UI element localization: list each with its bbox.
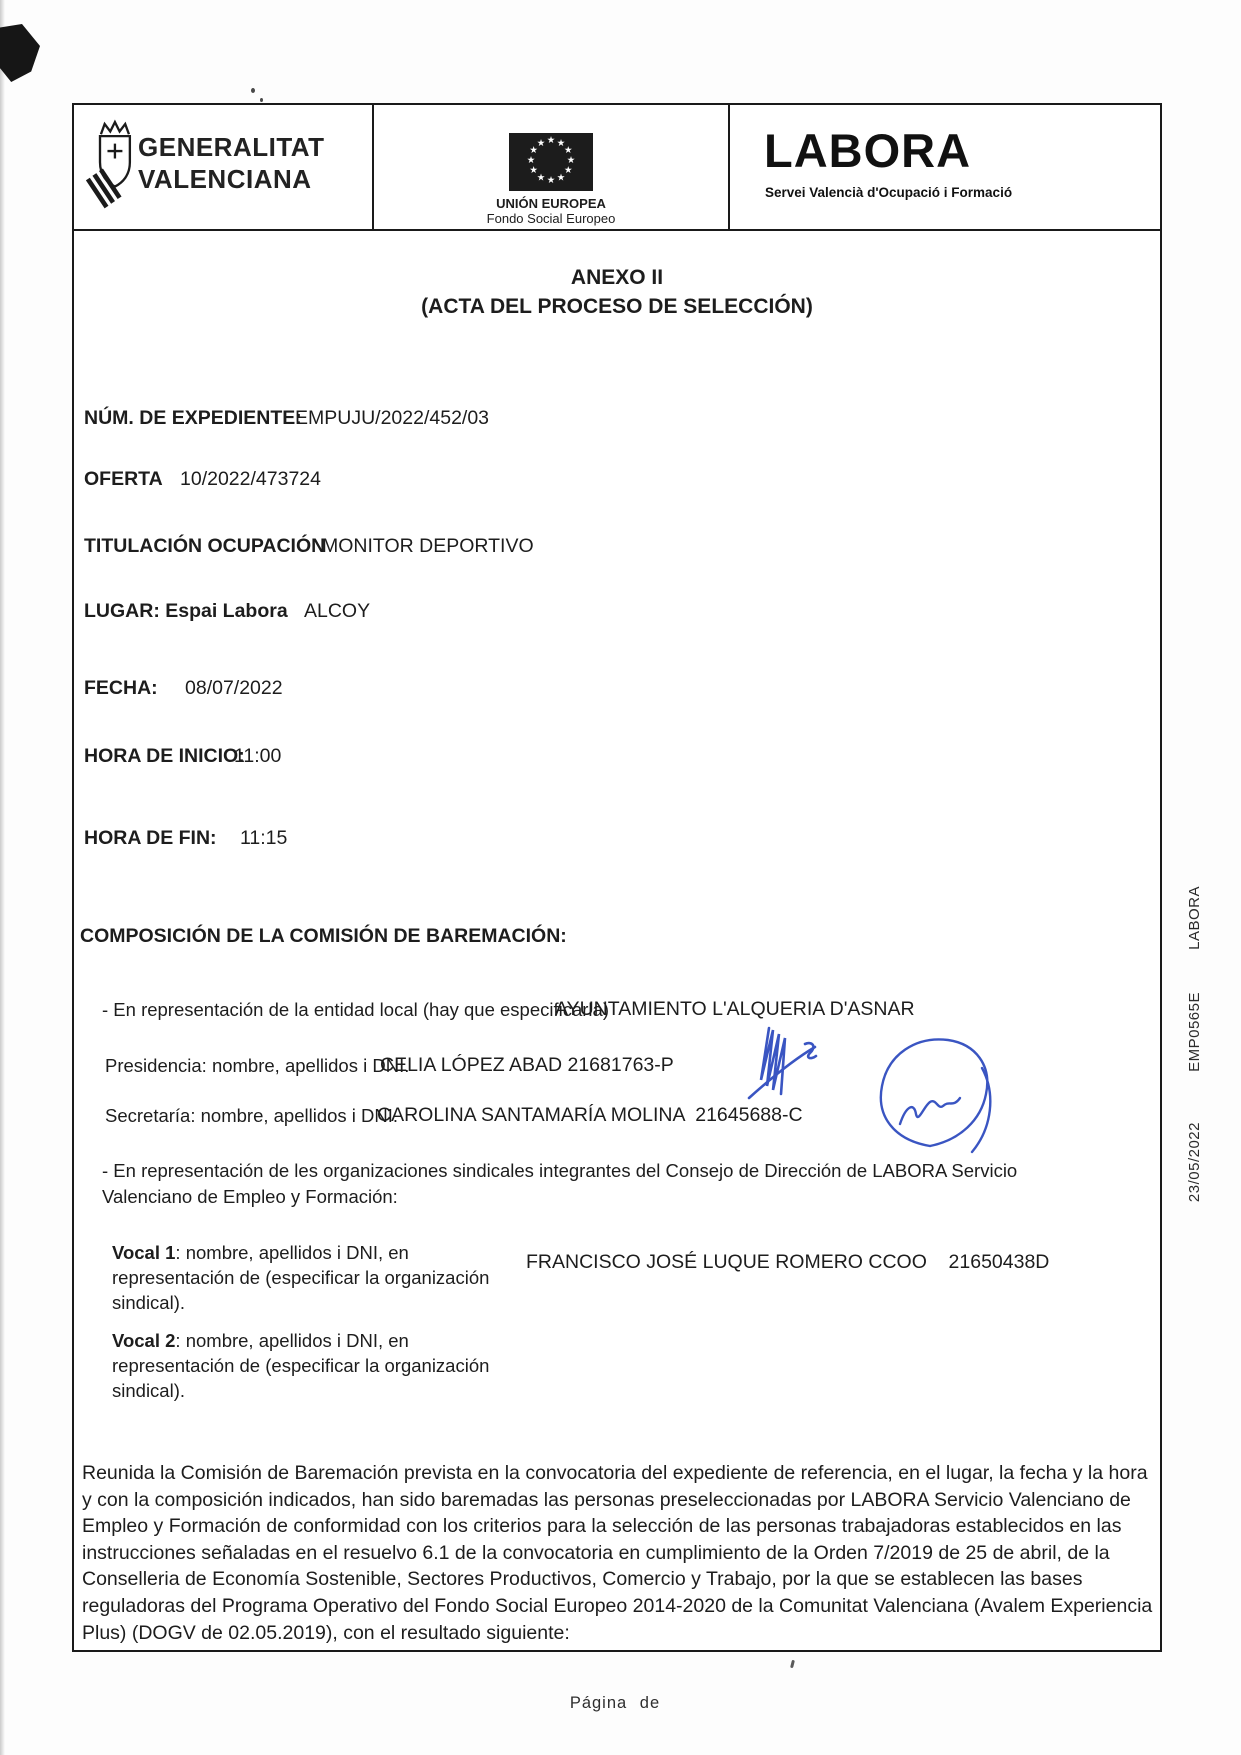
vocal1-row: Vocal 1: nombre, apellidos i DNI, en rep… <box>112 1240 1152 1315</box>
svg-text:★: ★ <box>564 165 573 176</box>
eu-flag-icon: ★★★ ★★★ ★★★ ★★★ <box>509 133 593 191</box>
scanned-document-page: GENERALITAT VALENCIANA ★★★ ★★★ ★★★ ★★★ <box>0 0 1241 1755</box>
labora-tagline: Servei Valencià d'Ocupació i Formació <box>765 185 1012 200</box>
comision-heading: COMPOSICIÓN DE LA COMISIÓN DE BAREMACIÓN… <box>80 925 567 948</box>
eu-label-line1: UNIÓN EUROPEA <box>374 196 728 211</box>
title-line2: (ACTA DEL PROCESO DE SELECCIÓN) <box>74 292 1160 321</box>
field-hora-inicio: HORA DE INICIO: 11:00 <box>84 745 1150 771</box>
presidencia-value: CELIA LÓPEZ ABAD 21681763-P <box>380 1054 674 1077</box>
field-fecha-value: 08/07/2022 <box>185 677 283 700</box>
field-fecha-label: FECHA: <box>84 677 158 700</box>
entidad-local-value: AYUNTAMIENTO L'ALQUERIA D'ASNAR <box>555 998 915 1021</box>
body-paragraph: Reunida la Comisión de Baremación previs… <box>82 1460 1154 1646</box>
header-cell-generalitat: GENERALITAT VALENCIANA <box>74 105 372 229</box>
entidad-local-label: - En representación de la entidad local … <box>102 999 609 1021</box>
svg-text:★: ★ <box>547 135 556 146</box>
gva-line2: VALENCIANA <box>138 163 325 195</box>
field-titulacion: TITULACIÓN OCUPACIÓN MONITOR DEPORTIVO <box>84 535 1150 561</box>
margin-stamp-labora: LABORA <box>1186 886 1203 950</box>
scan-speck <box>260 98 263 102</box>
title-line1: ANEXO II <box>74 263 1160 292</box>
page-footer: Página de <box>72 1694 1158 1713</box>
presidencia-label: Presidencia: nombre, apellidos i DNI. <box>105 1055 409 1077</box>
scan-speck <box>790 1660 795 1668</box>
field-titulacion-value: MONITOR DEPORTIVO <box>322 535 534 558</box>
field-expediente-label: NÚM. DE EXPEDIENTE: <box>84 407 302 430</box>
field-lugar-value: ALCOY <box>304 600 370 623</box>
field-hora-fin-label: HORA DE FIN: <box>84 827 217 850</box>
field-titulacion-label: TITULACIÓN OCUPACIÓN <box>84 535 325 558</box>
field-fecha: FECHA: 08/07/2022 <box>84 677 1150 703</box>
generalitat-valenciana-emblem-icon <box>86 117 142 215</box>
field-lugar-label: LUGAR: Espai Labora <box>84 600 288 623</box>
secretaria-label: Secretaría: nombre, apellidos i DNI. <box>105 1105 398 1127</box>
svg-text:★: ★ <box>547 175 556 186</box>
document-title: ANEXO II (ACTA DEL PROCESO DE SELECCIÓN) <box>74 263 1160 321</box>
svg-text:★: ★ <box>537 173 546 184</box>
scan-edge-shadow <box>0 0 5 1755</box>
document-frame: GENERALITAT VALENCIANA ★★★ ★★★ ★★★ ★★★ <box>72 103 1162 1652</box>
sindicales-intro: - En representación de les organizacione… <box>102 1158 1050 1210</box>
svg-text:★: ★ <box>527 155 536 166</box>
header-cell-labora: LABORA Servei Valencià d'Ocupació i Form… <box>730 105 1160 229</box>
presidencia-signature <box>737 1020 825 1112</box>
margin-stamp-date: 23/05/2022 <box>1186 1122 1203 1202</box>
field-lugar: LUGAR: Espai Labora ALCOY <box>84 600 1150 626</box>
field-expediente: NÚM. DE EXPEDIENTE: EMPUJU/2022/452/03 <box>84 407 1150 433</box>
field-oferta-value: 10/2022/473724 <box>180 468 321 491</box>
field-hora-fin-value: 11:15 <box>240 827 287 850</box>
generalitat-valenciana-wordmark: GENERALITAT VALENCIANA <box>138 131 325 195</box>
field-hora-fin: HORA DE FIN: 11:15 <box>84 827 1150 853</box>
eu-label-line2: Fondo Social Europeo <box>374 211 728 226</box>
svg-text:★: ★ <box>529 165 538 176</box>
svg-text:★: ★ <box>537 138 546 149</box>
header-row: GENERALITAT VALENCIANA ★★★ ★★★ ★★★ ★★★ <box>74 105 1160 231</box>
labora-wordmark: LABORA <box>764 123 971 178</box>
scan-corner-artifact <box>0 24 40 82</box>
field-hora-inicio-label: HORA DE INICIO: <box>84 745 245 768</box>
margin-stamp-code: EMP0565E <box>1186 992 1203 1072</box>
vocal2-label: Vocal 2: nombre, apellidos i DNI, en rep… <box>112 1328 506 1403</box>
gva-line1: GENERALITAT <box>138 131 325 163</box>
vocal1-label-bold: Vocal 1 <box>112 1242 175 1263</box>
vocal2-row: Vocal 2: nombre, apellidos i DNI, en rep… <box>112 1328 1152 1403</box>
field-expediente-value: EMPUJU/2022/452/03 <box>295 407 489 430</box>
header-cell-union-europea: ★★★ ★★★ ★★★ ★★★ UNIÓN EUROPEA Fondo Soci… <box>372 105 730 229</box>
eu-stars-icon: ★★★ ★★★ ★★★ ★★★ <box>509 133 593 191</box>
secretaria-signature <box>864 1028 1007 1155</box>
field-oferta-label: OFERTA <box>84 468 163 491</box>
scan-speck <box>251 88 255 93</box>
vocal1-label: Vocal 1: nombre, apellidos i DNI, en rep… <box>112 1240 506 1315</box>
vocal2-label-bold: Vocal 2 <box>112 1330 175 1351</box>
svg-text:★: ★ <box>557 173 566 184</box>
field-hora-inicio-value: 11:00 <box>234 745 281 768</box>
vocal1-value: FRANCISCO JOSÉ LUQUE ROMERO CCOO 2165043… <box>526 1251 1049 1274</box>
field-oferta: OFERTA 10/2022/473724 <box>84 468 1150 494</box>
